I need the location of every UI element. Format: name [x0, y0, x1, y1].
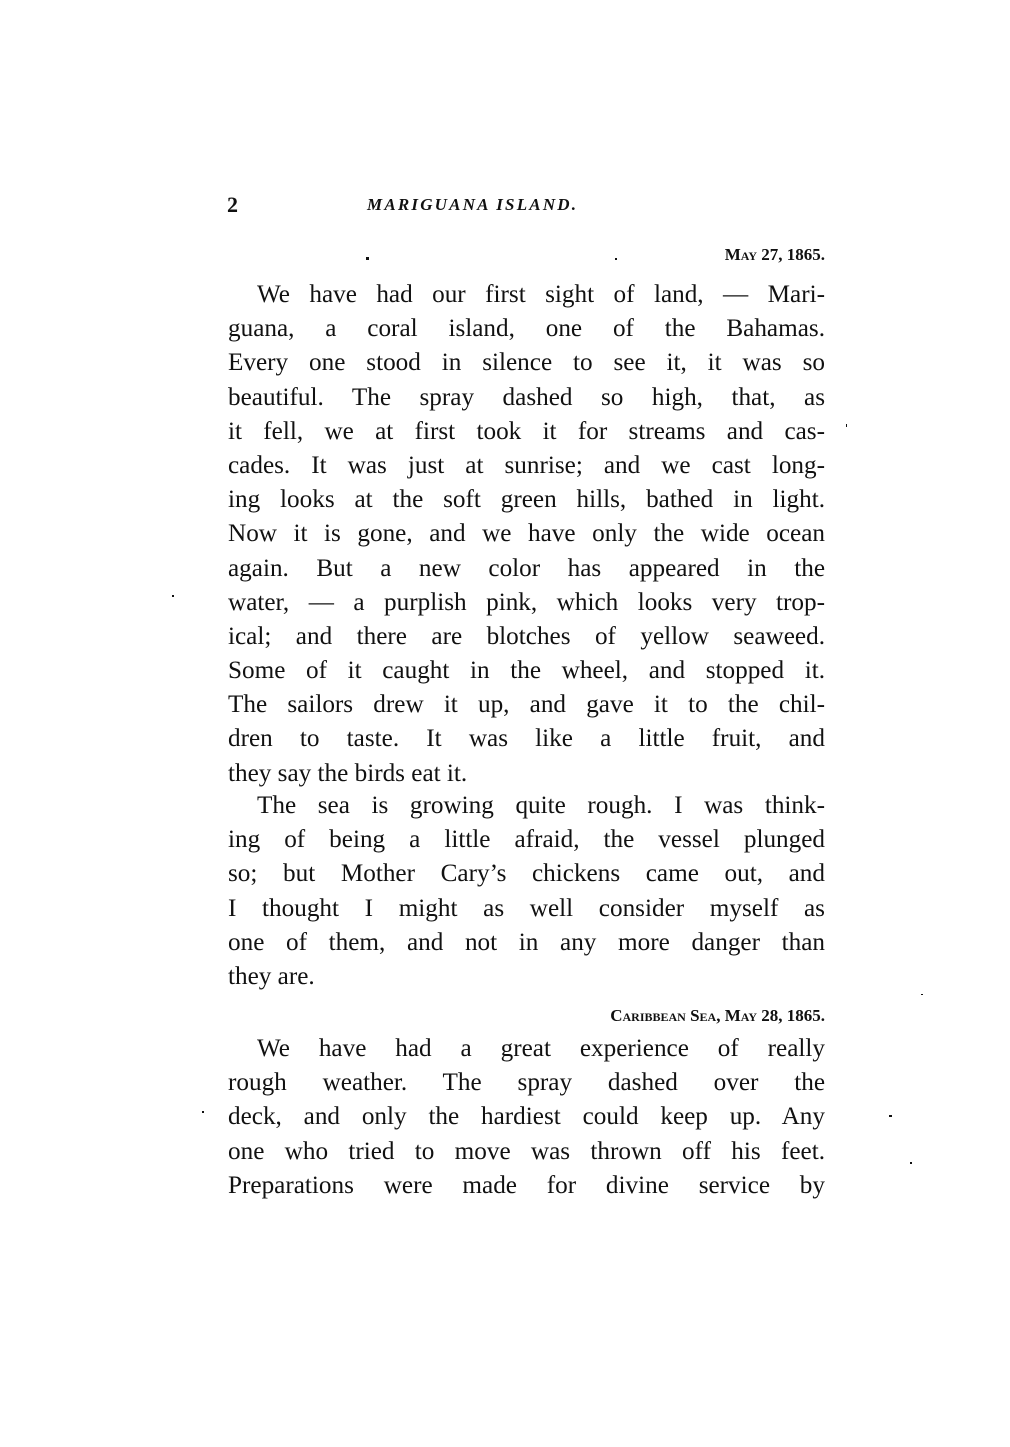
text-line: it fell, we at first took it for streams… — [228, 415, 825, 449]
paragraph-rough-sea: The sea is growing quite rough. I was th… — [228, 789, 825, 994]
paragraph-landfall: We have had our first sight of land, — M… — [228, 278, 825, 791]
scan-speck — [889, 1115, 892, 1117]
text-line: Every one stood in silence to see it, it… — [228, 346, 825, 380]
scan-speck — [921, 994, 923, 995]
text-line: Some of it caught in the wheel, and stop… — [228, 654, 825, 688]
scan-speck — [615, 258, 617, 260]
dateline-caribbean-sea: Caribbean Sea, May 28, 1865. — [610, 1005, 825, 1027]
text-line: The sailors drew it up, and gave it to t… — [228, 688, 825, 722]
text-line: beautiful. The spray dashed so high, tha… — [228, 381, 825, 415]
text-line: I thought I might as well consider mysel… — [228, 892, 825, 926]
text-line: We have had our first sight of land, — M… — [228, 278, 825, 312]
scan-speck — [172, 595, 174, 597]
text-line: cades. It was just at sunrise; and we ca… — [228, 449, 825, 483]
text-line: ical; and there are blotches of yellow s… — [228, 620, 825, 654]
dateline-may-27: May 27, 1865. — [725, 244, 825, 266]
text-line: again. But a new color has appeared in t… — [228, 552, 825, 586]
text-line: The sea is growing quite rough. I was th… — [228, 789, 825, 823]
text-line: ing of being a little afraid, the vessel… — [228, 823, 825, 857]
text-line: one who tried to move was thrown off his… — [228, 1135, 825, 1169]
scan-speck — [910, 1162, 912, 1164]
scan-speck — [846, 424, 847, 427]
text-line: Preparations were made for divine servic… — [228, 1169, 825, 1203]
text-line: ing looks at the soft green hills, bathe… — [228, 483, 825, 517]
scan-speck — [202, 1111, 204, 1113]
text-line: deck, and only the hardiest could keep u… — [228, 1100, 825, 1134]
text-line: they are. — [228, 960, 825, 994]
paragraph-rough-weather: We have had a great experience of really… — [228, 1032, 825, 1203]
text-line: water, — a purplish pink, which looks ve… — [228, 586, 825, 620]
running-head: 2 MARIGUANA ISLAND. — [227, 192, 825, 222]
text-line: one of them, and not in any more danger … — [228, 926, 825, 960]
text-line: guana, a coral island, one of the Bahama… — [228, 312, 825, 346]
text-line: they say the birds eat it. — [228, 757, 825, 791]
text-line: dren to taste. It was like a little frui… — [228, 722, 825, 756]
text-line: so; but Mother Cary’s chickens came out,… — [228, 857, 825, 891]
text-line: rough weather. The spray dashed over the — [228, 1066, 825, 1100]
page-number: 2 — [227, 192, 238, 218]
text-line: We have had a great experience of really — [228, 1032, 825, 1066]
text-line: Now it is gone, and we have only the wid… — [228, 517, 825, 551]
scan-speck — [366, 257, 369, 260]
running-title: MARIGUANA ISLAND. — [367, 194, 578, 216]
book-page: 2 MARIGUANA ISLAND. May 27, 1865. We hav… — [0, 0, 1010, 1447]
